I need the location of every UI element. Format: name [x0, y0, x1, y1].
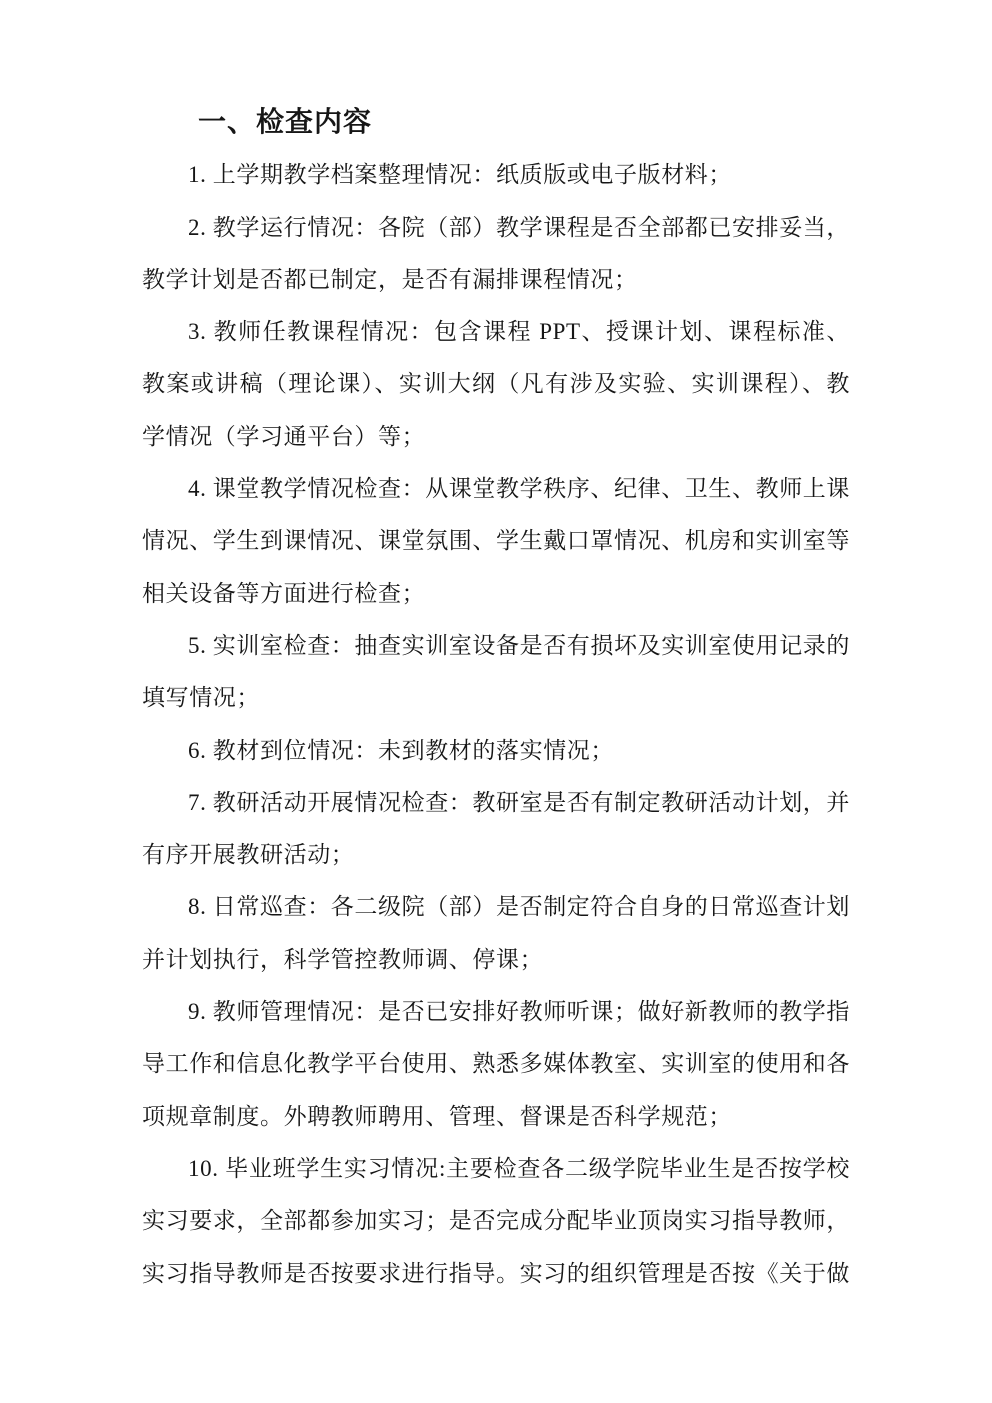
- document-content: 一、检查内容 1. 上学期教学档案整理情况：纸质版或电子版材料； 2. 教学运行…: [142, 97, 850, 1300]
- list-item-4: 4. 课堂教学情况检查：从课堂教学秩序、纪律、卫生、教师上课情况、学生到课情况、…: [142, 463, 850, 620]
- section-heading: 一、检查内容: [142, 97, 850, 149]
- list-item-6: 6. 教材到位情况：未到教材的落实情况；: [142, 725, 850, 777]
- list-item-5: 5. 实训室检查：抽查实训室设备是否有损坏及实训室使用记录的填写情况；: [142, 620, 850, 725]
- list-item-2: 2. 教学运行情况：各院（部）教学课程是否全部都已安排妥当，教学计划是否都已制定…: [142, 202, 850, 307]
- list-item-1: 1. 上学期教学档案整理情况：纸质版或电子版材料；: [142, 149, 850, 201]
- document-page: 一、检查内容 1. 上学期教学档案整理情况：纸质版或电子版材料； 2. 教学运行…: [0, 0, 992, 1403]
- list-item-7: 7. 教研活动开展情况检查：教研室是否有制定教研活动计划，并有序开展教研活动；: [142, 777, 850, 882]
- list-item-9: 9. 教师管理情况：是否已安排好教师听课；做好新教师的教学指导工作和信息化教学平…: [142, 986, 850, 1143]
- list-item-10: 10. 毕业班学生实习情况:主要检查各二级学院毕业生是否按学校实习要求，全部都参…: [142, 1143, 850, 1300]
- list-item-3: 3. 教师任教课程情况：包含课程 PPT、授课计划、课程标准、教案或讲稿（理论课…: [142, 306, 850, 463]
- list-item-8: 8. 日常巡查：各二级院（部）是否制定符合自身的日常巡查计划并计划执行，科学管控…: [142, 881, 850, 986]
